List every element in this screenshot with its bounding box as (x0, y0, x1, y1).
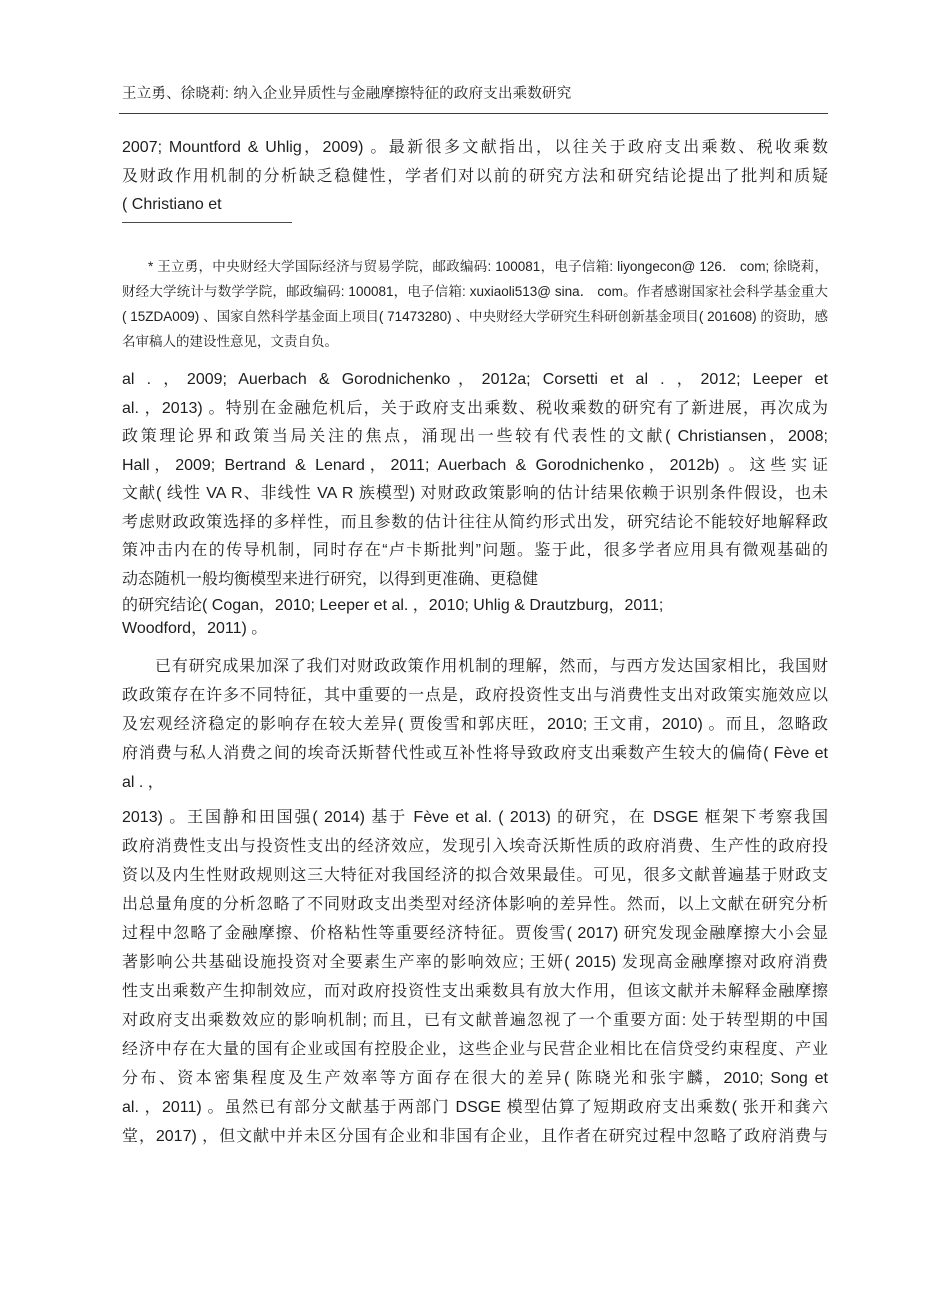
running-title: 王立勇、徐晓莉: 纳入企业异质性与金融摩擦特征的政府支出乘数研究 (122, 84, 828, 104)
text-line: 已有研究成果加深了我们对财政政策作用机制的理解，然而，与西方发达国家相比，我国财 (122, 652, 828, 681)
text-line: 动态随机一般均衡模型来进行研究，以得到更准确、更稳健 (122, 566, 828, 595)
text-line: 政府消费性支出与投资性支出的经济效应，发现引入埃奇沃斯性质的政府消费、生产性的政… (122, 832, 828, 861)
text-line: ( 15ZDA009) 、国家自然科学基金面上项目( 71473280) 、中央… (122, 304, 828, 329)
text-line: Hall，2009; Bertrand & Lenard，2011; Auerb… (122, 452, 828, 481)
text-line: 对政府支出乘数效应的影响机制; 而且，已有文献普遍忽视了一个重要方面: 处于转型… (122, 1006, 828, 1035)
text-line: 府消费与私人消费之间的埃奇沃斯替代性或互补性将导致政府支出乘数产生较大的偏倚( … (122, 739, 828, 768)
paragraph-fragment-top: 2007; Mountford & Uhlig，2009) 。最新很多文献指出，… (122, 134, 828, 220)
text-line: 政政策存在许多不同特征，其中重要的一点是，政府投资性支出与消费性支出对政策实施效… (122, 681, 828, 710)
paragraph-1-continuation: al . ，2009; Auerbach & Gorodnichenko，201… (122, 366, 828, 640)
text-line: ( Christiano et (122, 191, 828, 220)
text-line: * 王立勇，中央财经大学国际经济与贸易学院，邮政编码: 100081，电子信箱:… (122, 254, 828, 279)
text-line: 资以及内生性财政规则这三大特征对我国经济的拟合效果最佳。可见，很多文献普遍基于财… (122, 861, 828, 890)
text-line: 及财政作用机制的分析缺乏稳健性，学者们对以前的研究方法和研究结论提出了批判和质疑 (122, 163, 828, 192)
text-line: 出总量角度的分析忽略了不同财政支出类型对经济体影响的差异性。然而，以上文献在研究… (122, 890, 828, 919)
text-line: 文献( 线性 VA R、非线性 VA R 族模型) 对财政政策影响的估计结果依赖… (122, 480, 828, 509)
text-line: Woodford，2011) 。 (122, 617, 828, 640)
text-line: al . ，2009; Auerbach & Gorodnichenko，201… (122, 366, 828, 395)
text-line: 堂，2017) ，但文献中并未区分国有企业和非国有企业，且作者在研究过程中忽略了… (122, 1122, 828, 1151)
text-line: 考虑财政政策选择的多样性，而且参数的估计往往从简约形式出发，研究结论不能较好地解… (122, 509, 828, 538)
text-line: al. ，2011) 。虽然已有部分文献基于两部门 DSGE 模型估算了短期政府… (122, 1093, 828, 1122)
document-page: 王立勇、徐晓莉: 纳入企业异质性与金融摩擦特征的政府支出乘数研究 2007; M… (0, 0, 950, 1290)
text-line: 的研究结论( Cogan，2010; Leeper et al. ，2010; … (122, 594, 828, 617)
paragraph-2: 已有研究成果加深了我们对财政政策作用机制的理解，然而，与西方发达国家相比，我国财… (122, 652, 828, 1151)
footnote-separator (122, 222, 292, 223)
text-line: 分布、资本密集程度及生产效率等方面存在很大的差异( 陈晓光和张宇麟，2010; … (122, 1064, 828, 1093)
text-line: al . ， (122, 768, 828, 797)
text-line: al. ，2013) 。特别在金融危机后，关于政府支出乘数、税收乘数的研究有了新… (122, 395, 828, 424)
text-line: 过程中忽略了金融摩擦、价格粘性等重要经济特征。贾俊雪( 2017) 研究发现金融… (122, 919, 828, 948)
text-line: 财经大学统计与数学学院，邮政编码: 100081，电子信箱: xuxiaoli5… (122, 279, 828, 304)
text-line: 政策理论界和政策当局关注的焦点，涌现出一些较有代表性的文献( Christian… (122, 423, 828, 452)
text-line: 经济中存在大量的国有企业或国有控股企业，这些企业与民营企业相比在信贷受约束程度、… (122, 1035, 828, 1064)
text-line: 策冲击内在的传导机制，同时存在“卢卡斯批判”问题。鉴于此，很多学者应用具有微观基… (122, 537, 828, 566)
author-footnote: * 王立勇，中央财经大学国际经济与贸易学院，邮政编码: 100081，电子信箱:… (122, 254, 828, 354)
text-line: 性支出乘数产生抑制效应，而对政府投资性支出乘数具有放大作用，但该文献并未解释金融… (122, 977, 828, 1006)
text-line: 2013) 。王国静和田国强( 2014) 基于 Fève et al. ( 2… (122, 803, 828, 832)
text-line: 及宏观经济稳定的影响存在较大差异( 贾俊雪和郭庆旺，2010; 王文甫，2010… (122, 710, 828, 739)
text-line: 著影响公共基础设施投资对全要素生产率的影响效应; 王妍( 2015) 发现高金融… (122, 948, 828, 977)
text-line: 名审稿人的建设性意见，文责自负。 (122, 329, 828, 354)
header-rule (119, 113, 828, 114)
text-line: 2007; Mountford & Uhlig，2009) 。最新很多文献指出，… (122, 134, 828, 163)
